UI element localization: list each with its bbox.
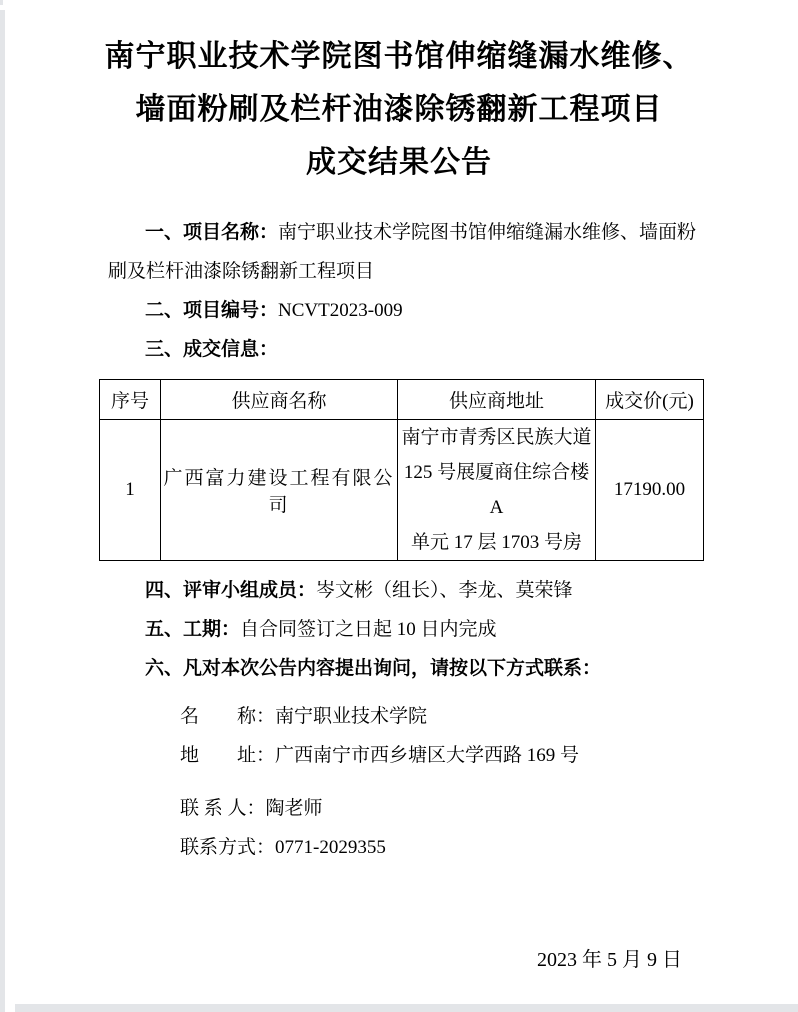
section-project-number-value: NCVT2023-009 [278, 300, 403, 321]
title-line-2: 墙面粉刷及栏杆油漆除锈翻新工程项目 [0, 83, 798, 136]
page-edge-notch [0, 0, 3, 5]
header-award-price: 成交价(元) [596, 380, 704, 420]
section-review-panel-value: 岑文彬（组长）、李龙、莫荣锋 [316, 580, 573, 601]
cell-supplier-address: 南宁市青秀区民族大道 125 号展厦商住综合楼 A 单元 17 层 1703 号… [398, 420, 596, 561]
document-title: 南宁职业技术学院图书馆伸缩缝漏水维修、 墙面粉刷及栏杆油漆除锈翻新工程项目 成交… [0, 0, 798, 189]
section-work-duration-label: 五、工期： [145, 619, 240, 640]
page-bottom-edge [15, 1004, 798, 1012]
contact-person-value: 陶老师 [266, 798, 323, 819]
section-award-info: 三、成交信息： [108, 330, 702, 369]
section-project-number: 二、项目编号：NCVT2023-009 [108, 291, 702, 330]
title-line-3: 成交结果公告 [0, 136, 798, 189]
address-line-2: 125 号展厦商住综合楼 A [398, 455, 595, 525]
contact-address-label: 地 址： [180, 745, 275, 766]
document-body: 一、项目名称：南宁职业技术学院图书馆伸缩缝漏水维修、墙面粉刷及栏杆油漆除锈翻新工… [108, 213, 702, 972]
section-work-duration: 五、工期：自合同签订之日起 10 日内完成 [108, 610, 702, 649]
contact-person-label: 联 系 人： [180, 798, 266, 819]
address-line-3: 单元 17 层 1703 号房 [398, 525, 595, 560]
section-project-number-label: 二、项目编号： [145, 300, 278, 321]
table-row: 1 广西富力建设工程有限公司 南宁市青秀区民族大道 125 号展厦商住综合楼 A… [100, 420, 704, 561]
title-line-1: 南宁职业技术学院图书馆伸缩缝漏水维修、 [0, 30, 798, 83]
header-supplier-name: 供应商名称 [161, 380, 398, 420]
document-date: 2023 年 5 月 9 日 [108, 943, 682, 972]
page-left-edge [0, 10, 5, 1012]
document-page: { "title": { "lines": [ "南宁职业技术学院图书馆伸缩缝漏… [0, 0, 798, 1012]
header-supplier-address: 供应商地址 [398, 380, 596, 420]
cell-supplier-name: 广西富力建设工程有限公司 [161, 420, 398, 561]
cell-award-price: 17190.00 [596, 420, 704, 561]
contact-phone-line: 联系方式：0771-2029355 [180, 828, 702, 867]
address-line-1: 南宁市青秀区民族大道 [398, 420, 595, 455]
contact-name-value: 南宁职业技术学院 [275, 706, 427, 727]
sections-after-table: 四、评审小组成员：岑文彬（组长）、李龙、莫荣锋 五、工期：自合同签订之日起 10… [108, 571, 702, 688]
header-serial-number: 序号 [100, 380, 161, 420]
contact-address-value: 广西南宁市西乡塘区大学西路 169 号 [275, 745, 579, 766]
contact-address-line: 地 址：广西南宁市西乡塘区大学西路 169 号 [180, 736, 702, 775]
contact-phone-label: 联系方式： [180, 837, 275, 858]
contact-phone-value: 0771-2029355 [275, 837, 386, 858]
section-project-name-label: 一、项目名称： [145, 222, 278, 243]
cell-serial-number: 1 [100, 420, 161, 561]
section-contact-intro-label: 六、凡对本次公告内容提出询问，请按以下方式联系： [145, 658, 601, 679]
contact-person-line: 联 系 人：陶老师 [180, 789, 702, 828]
section-contact-intro: 六、凡对本次公告内容提出询问，请按以下方式联系： [108, 649, 702, 688]
section-work-duration-value: 自合同签订之日起 10 日内完成 [240, 619, 497, 640]
contact-name-label: 名 称： [180, 706, 275, 727]
section-award-info-label: 三、成交信息： [145, 339, 278, 360]
section-review-panel-label: 四、评审小组成员： [145, 580, 316, 601]
section-review-panel: 四、评审小组成员：岑文彬（组长）、李龙、莫荣锋 [108, 571, 702, 610]
award-table: 序号 供应商名称 供应商地址 成交价(元) 1 广西富力建设工程有限公司 南宁市… [99, 379, 704, 561]
section-project-name: 一、项目名称：南宁职业技术学院图书馆伸缩缝漏水维修、墙面粉刷及栏杆油漆除锈翻新工… [108, 213, 702, 291]
contact-block: 名 称：南宁职业技术学院 地 址：广西南宁市西乡塘区大学西路 169 号 联 系… [180, 697, 702, 867]
contact-name-line: 名 称：南宁职业技术学院 [180, 697, 702, 736]
table-header-row: 序号 供应商名称 供应商地址 成交价(元) [100, 380, 704, 420]
